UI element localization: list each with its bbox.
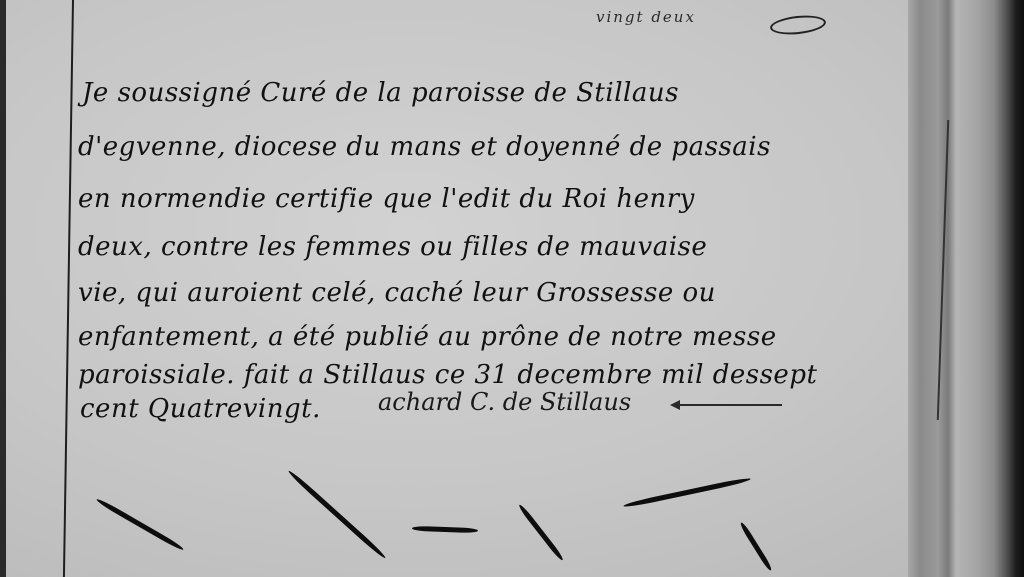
header-note: vingt deux [596,8,696,26]
closing-stroke-4 [517,503,564,561]
text-line-6: enfantement, a été publié au prône de no… [78,322,777,352]
closing-stroke-2 [287,469,387,560]
closing-stroke-3 [412,526,478,533]
binding-crack [937,120,949,420]
arrow-left-icon [672,404,782,406]
text-line-3: en normendie certifie que l'edit du Roi … [78,184,695,214]
closing-stroke-1 [95,497,184,551]
margin-rule-line [63,0,74,577]
document-page: vingt deux Je soussigné Curé de la paroi… [0,0,1024,577]
page-left-edge [0,0,6,577]
signature: achard C. de Stillaus [378,388,631,416]
text-line-1: Je soussigné Curé de la paroisse de Stil… [82,78,679,108]
paraph-flourish-icon [769,13,827,37]
text-line-2: d'egvenne, diocese du mans et doyenné de… [78,132,771,162]
book-binding-edge [908,0,1024,577]
closing-stroke-5 [623,477,751,509]
text-line-4: deux, contre les femmes ou filles de mau… [78,232,707,262]
closing-stroke-6 [739,521,773,571]
text-line-7: paroissiale. fait a Stillaus ce 31 decem… [78,360,817,390]
text-line-5: vie, qui auroient celé, caché leur Gross… [78,278,716,308]
text-line-8: cent Quatrevingt. [80,394,321,424]
